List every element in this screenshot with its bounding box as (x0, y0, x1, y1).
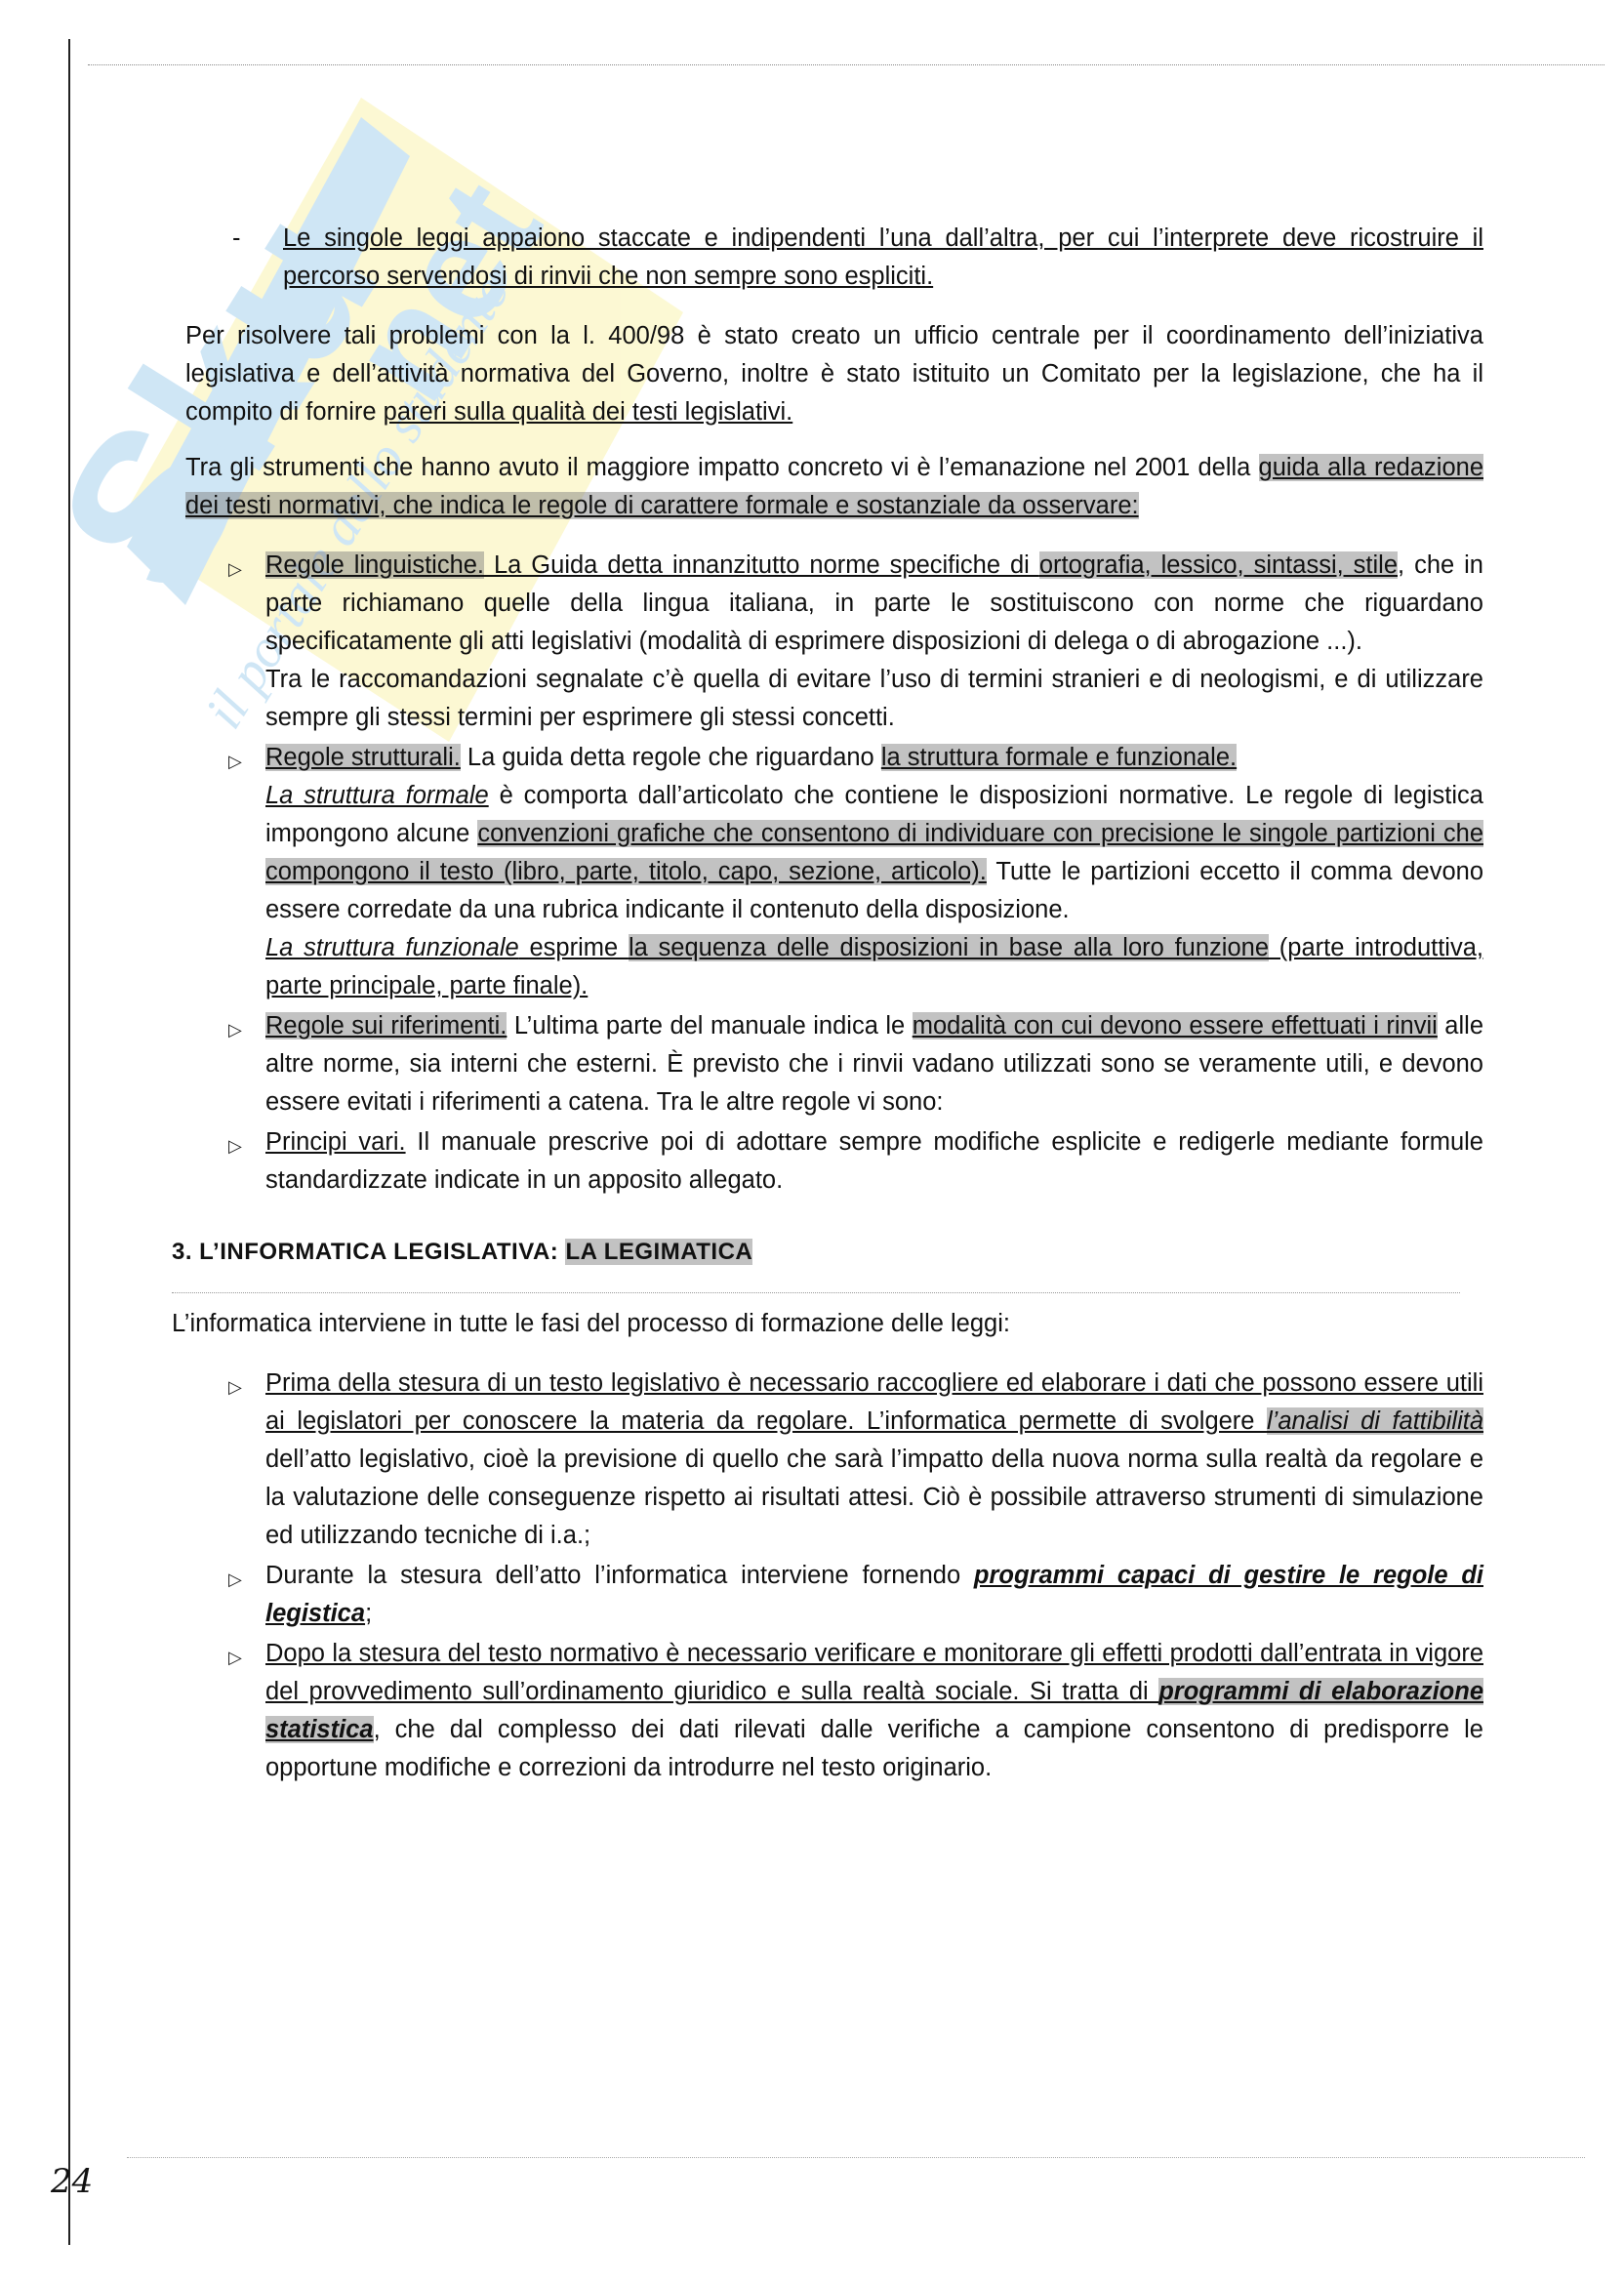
phases-list: ▷ Prima della stesura di un testo legisl… (185, 1365, 1483, 1787)
paragraph-guida: Tra gli strumenti che hanno avuto il mag… (185, 449, 1483, 525)
list-item-principi-vari: ▷ Principi vari. Il manuale prescrive po… (185, 1123, 1483, 1200)
list-item-regole-strutturali: ▷ Regole strutturali. La guida detta reg… (185, 739, 1483, 1005)
item-text: ; (365, 1600, 372, 1627)
list-item-regole-riferimenti: ▷ Regole sui riferimenti. L’ultima parte… (185, 1007, 1483, 1121)
paragraph-text: Per risolvere tali problemi con la l. 40… (185, 322, 1483, 426)
formal-structure-label: La struttura formale (265, 782, 489, 809)
dotted-separator (172, 1292, 1460, 1293)
item-text: La Guida detta innanzitutto norme specif… (484, 551, 1039, 579)
section-intro: L’informatica interviene in tutte le fas… (172, 1305, 1483, 1343)
bottom-dotted-rule (127, 2157, 1585, 2158)
triangle-right-icon: ▷ (228, 743, 242, 781)
item-lead: Regole linguistiche. (265, 551, 484, 579)
underlined-text: pareri sulla qualità dei testi legislati… (384, 398, 793, 426)
document-body: - Le singole leggi appaiono staccate e i… (185, 220, 1483, 1811)
paragraph-text: Tra gli strumenti che hanno avuto il mag… (185, 454, 1259, 481)
list-item-phase-before: ▷ Prima della stesura di un testo legisl… (185, 1365, 1483, 1555)
item-lead: Regole sui riferimenti. (265, 1012, 507, 1040)
highlighted-text: ortografia, lessico, sintassi, stile (1039, 551, 1398, 579)
highlighted-text: l’analisi di fattibilità (1267, 1407, 1483, 1435)
list-item-phase-during: ▷ Durante la stesura dell’atto l’informa… (185, 1557, 1483, 1633)
triangle-right-icon: ▷ (228, 550, 242, 589)
section-heading: 3. L’INFORMATICA LEGISLATIVA: LA LEGIMAT… (172, 1233, 1483, 1271)
item-text: Il manuale prescrive poi di adottare sem… (265, 1128, 1483, 1194)
highlighted-heading-text: LA LEGIMATICA (565, 1239, 752, 1265)
binding-edge-line (68, 39, 70, 2245)
item-text: Durante la stesura dell’atto l’informati… (265, 1562, 974, 1589)
item-text: L’ultima parte del manuale indica le (507, 1012, 912, 1040)
list-item-regole-linguistiche: ▷ Regole linguistiche. La Guida detta in… (185, 547, 1483, 737)
list-item-phase-after: ▷ Dopo la stesura del testo normativo è … (185, 1635, 1483, 1787)
paragraph-coordination: Per risolvere tali problemi con la l. 40… (185, 317, 1483, 431)
item-text: esprime (519, 934, 629, 961)
highlighted-text: modalità con cui devono essere effettuat… (913, 1012, 1438, 1040)
triangle-right-icon: ▷ (228, 1561, 242, 1599)
heading-text: 3. L’INFORMATICA LEGISLATIVA: (172, 1239, 565, 1265)
triangle-right-icon: ▷ (228, 1011, 242, 1049)
item-text: , che dal complesso dei dati rilevati da… (265, 1716, 1483, 1781)
functional-structure-label: La struttura funzionale (265, 934, 519, 961)
item-text: dell’atto legislativo, cioè la prevision… (265, 1446, 1483, 1549)
item-lead: Principi vari. (265, 1128, 406, 1156)
item-lead: Regole strutturali. (265, 744, 461, 771)
intro-list-item: - Le singole leggi appaiono staccate e i… (185, 220, 1483, 296)
handwritten-page-number: 24 (51, 2162, 93, 2201)
dash-marker: - (232, 220, 241, 258)
highlighted-text: , che indica le regole di carattere form… (379, 492, 1138, 519)
rules-list: ▷ Regole linguistiche. La Guida detta in… (185, 547, 1483, 1200)
triangle-right-icon: ▷ (228, 1368, 242, 1406)
item-extra-text: Tra le raccomandazioni segnalate c’è que… (265, 661, 1483, 737)
top-dotted-rule (88, 64, 1604, 65)
item-text: La guida detta regole che riguardano (461, 744, 881, 771)
highlighted-text: la sequenza delle disposizioni in base a… (629, 934, 1269, 961)
intro-text: Le singole leggi appaiono staccate e ind… (283, 224, 1483, 290)
triangle-right-icon: ▷ (228, 1639, 242, 1677)
scanned-page: Sku net il portale dello studente - Le s… (0, 0, 1624, 2283)
highlighted-text: la struttura formale e funzionale. (881, 744, 1237, 771)
triangle-right-icon: ▷ (228, 1127, 242, 1165)
